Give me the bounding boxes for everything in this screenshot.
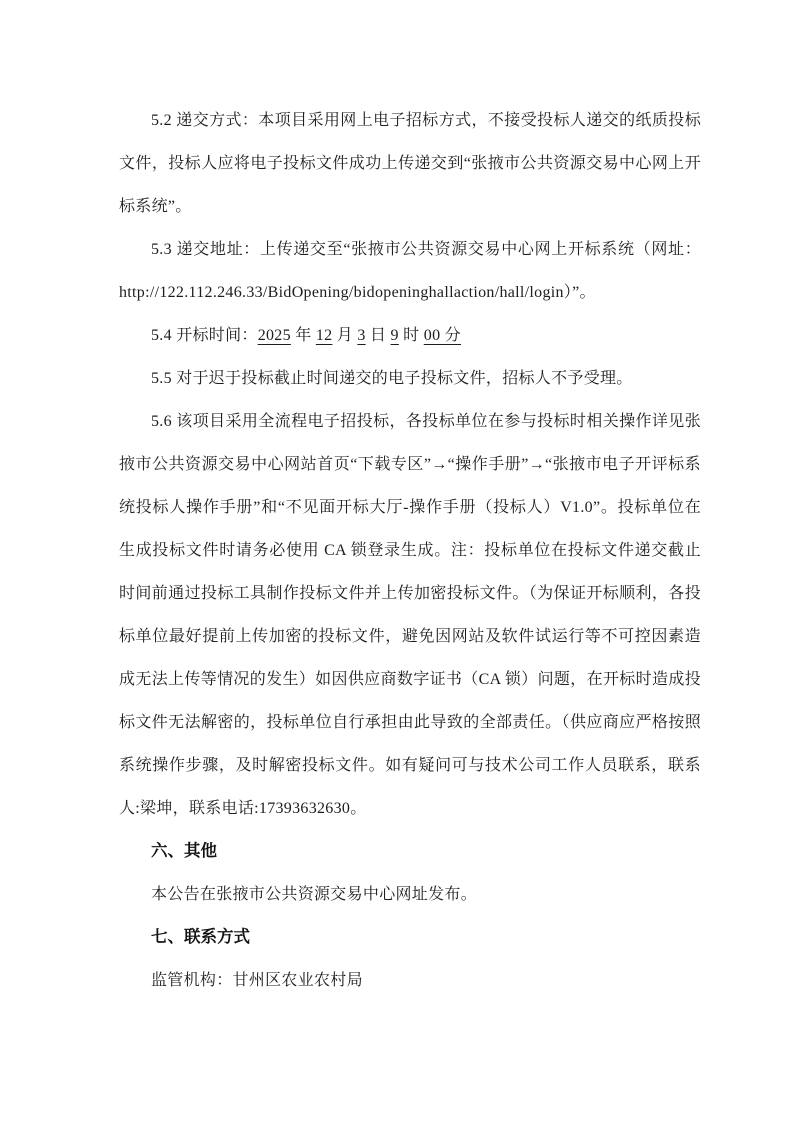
underlined-value: 12: [316, 327, 333, 344]
clause-5-2-submission-method: 5.2 递交方式：本项目采用网上电子招标方式，不接受投标人递交的纸质投标文件，投…: [119, 99, 701, 228]
text-run: 年: [291, 327, 316, 344]
text-run: 月: [332, 327, 357, 344]
section-7-heading: 七、联系方式: [119, 916, 701, 959]
clause-5-6-e-bidding-instructions: 5.6 该项目采用全流程电子招投标，各投标单位在参与投标时相关操作详见张掖市公共…: [119, 400, 701, 830]
clause-5-3-submission-address: 5.3 递交地址：上传递交至“张掖市公共资源交易中心网上开标系统（网址：http…: [119, 228, 701, 314]
underlined-value: 00 分: [424, 327, 461, 344]
document-page: 5.2 递交方式：本项目采用网上电子招标方式，不接受投标人递交的纸质投标文件，投…: [0, 0, 793, 1122]
underlined-value: 3: [357, 327, 365, 344]
section-6-heading: 六、其他: [119, 830, 701, 873]
document-body: 5.2 递交方式：本项目采用网上电子招标方式，不接受投标人递交的纸质投标文件，投…: [119, 99, 701, 1002]
underlined-value: 9: [391, 327, 399, 344]
text-run: 5.4 开标时间：: [151, 327, 258, 344]
text-run: 时: [399, 327, 424, 344]
section-6-body: 本公告在张掖市公共资源交易中心网址发布。: [119, 873, 701, 916]
clause-5-5-late-submission: 5.5 对于迟于投标截止时间递交的电子投标文件，招标人不予受理。: [119, 357, 701, 400]
text-run: 日: [366, 327, 391, 344]
supervisory-agency-line: 监管机构：甘州区农业农村局: [119, 959, 701, 1002]
underlined-value: 2025: [258, 327, 291, 344]
clause-5-4-bid-opening-time: 5.4 开标时间：2025 年 12 月 3 日 9 时 00 分: [119, 314, 701, 357]
